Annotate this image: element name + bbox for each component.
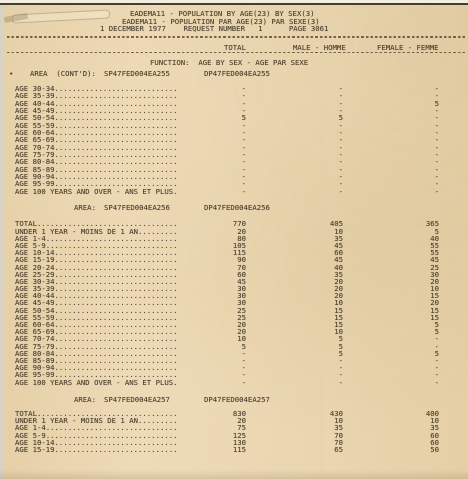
area-header-255: • AREA (CONT'D): SP47FED004EA255 DP47FED… (0, 70, 468, 77)
male-value: 65 (283, 446, 343, 453)
female-value: - (379, 371, 439, 378)
female-value: - (379, 158, 439, 165)
area-code-sp: SP47FED004EA256 (104, 204, 170, 211)
female-value: - (379, 85, 439, 92)
female-value: - (379, 180, 439, 187)
total-value: - (186, 85, 246, 92)
male-value: - (283, 364, 343, 371)
female-value: 15 (379, 314, 439, 321)
female-value: - (379, 173, 439, 180)
female-value: - (379, 151, 439, 158)
male-value: - (283, 158, 343, 165)
total-value: - (186, 158, 246, 165)
row-label: AGE 100 YEARS AND OVER - ANS ET PLUS. (15, 188, 178, 195)
row-label: AGE 15-19............................ (15, 446, 178, 453)
separator-dashed-line (7, 52, 465, 54)
female-value: 5 (379, 350, 439, 357)
area-label: AREA: (74, 396, 96, 403)
male-value: - (283, 357, 343, 364)
table-row: AGE 100 YEARS AND OVER - ANS ET PLUS.--- (0, 188, 468, 195)
total-value: - (186, 92, 246, 99)
total-value: - (186, 100, 246, 107)
total-value: - (186, 144, 246, 151)
male-value: - (283, 85, 343, 92)
male-value: 5 (283, 335, 343, 342)
age-table-area-255: AGE 30-34............................---… (0, 85, 468, 195)
age-table-area-256: TOTAL................................770… (0, 220, 468, 385)
female-value: - (379, 357, 439, 364)
female-value: 50 (379, 446, 439, 453)
scanned-printout: EADEMA11 - POPULATION BY AGE(23) BY SEX(… (0, 0, 468, 479)
male-value: - (283, 180, 343, 187)
female-value: - (379, 144, 439, 151)
separator-dashed-line (7, 36, 465, 38)
total-value: 10 (186, 335, 246, 342)
bullet-mark: • (9, 70, 13, 77)
total-value: 5 (186, 343, 246, 350)
male-value: - (283, 122, 343, 129)
total-value: - (186, 357, 246, 364)
total-value: 115 (186, 446, 246, 453)
total-value: - (186, 129, 246, 136)
total-value: - (186, 136, 246, 143)
area-code-sp: SP47FED004EA257 (104, 396, 170, 403)
male-value: - (283, 129, 343, 136)
total-value: - (186, 173, 246, 180)
male-value: - (283, 92, 343, 99)
female-value: 5 (379, 100, 439, 107)
female-value: - (379, 136, 439, 143)
total-value: - (186, 166, 246, 173)
area-label: AREA: (74, 204, 96, 211)
female-value: 365 (379, 220, 439, 227)
male-value: - (283, 173, 343, 180)
male-value: 5 (283, 350, 343, 357)
male-value: - (283, 371, 343, 378)
row-label: AGE 100 YEARS AND OVER - ANS ET PLUS. (15, 379, 178, 386)
total-value: - (186, 371, 246, 378)
female-value: - (379, 129, 439, 136)
table-row: AGE 15-19............................115… (0, 446, 468, 453)
male-value: - (283, 136, 343, 143)
male-value: - (283, 151, 343, 158)
male-value: 5 (283, 343, 343, 350)
female-value: 5 (379, 328, 439, 335)
area-code-dp: DP47FED004EA256 (204, 204, 270, 211)
female-value: - (379, 343, 439, 350)
total-value: - (186, 350, 246, 357)
area-code-dp: DP47FED004EA257 (204, 396, 270, 403)
total-value: - (186, 379, 246, 386)
date-request-page-line: 1 DECEMBER 1977 REQUEST NUMBER 1 PAGE 30… (100, 24, 328, 33)
male-value: - (283, 144, 343, 151)
scan-edge-bottom (0, 470, 468, 479)
total-value: - (186, 151, 246, 158)
female-value: - (379, 188, 439, 195)
area-header-256: AREA: SP47FED004EA256 DP47FED004EA256 (0, 204, 468, 211)
female-value: - (379, 122, 439, 129)
total-value: - (186, 180, 246, 187)
female-value: - (379, 364, 439, 371)
total-value: - (186, 107, 246, 114)
scan-edge-line (0, 3, 468, 5)
total-value: - (186, 122, 246, 129)
area-code-sp: SP47FED004EA255 (104, 70, 170, 77)
area-label: AREA (CONT'D): (30, 70, 96, 77)
table-row: AGE 100 YEARS AND OVER - ANS ET PLUS.--- (0, 379, 468, 386)
male-value: 10 (283, 328, 343, 335)
total-value: 5 (186, 114, 246, 121)
total-value: - (186, 188, 246, 195)
female-value: - (379, 166, 439, 173)
male-value: - (283, 188, 343, 195)
male-value: - (283, 107, 343, 114)
female-value: - (379, 92, 439, 99)
male-value: - (283, 166, 343, 173)
female-value: - (379, 379, 439, 386)
total-value: - (186, 364, 246, 371)
female-value: - (379, 107, 439, 114)
female-value: - (379, 335, 439, 342)
age-table-area-257: TOTAL................................830… (0, 410, 468, 454)
female-value: - (379, 114, 439, 121)
area-code-dp: DP47FED004EA255 (204, 70, 270, 77)
function-line: FUNCTION: AGE BY SEX - AGE PAR SEXE (150, 58, 308, 67)
male-value: 5 (283, 114, 343, 121)
female-value: 5 (379, 321, 439, 328)
male-value: - (283, 379, 343, 386)
area-header-257: AREA: SP47FED004EA257 DP47FED004EA257 (0, 396, 468, 403)
male-value: - (283, 100, 343, 107)
